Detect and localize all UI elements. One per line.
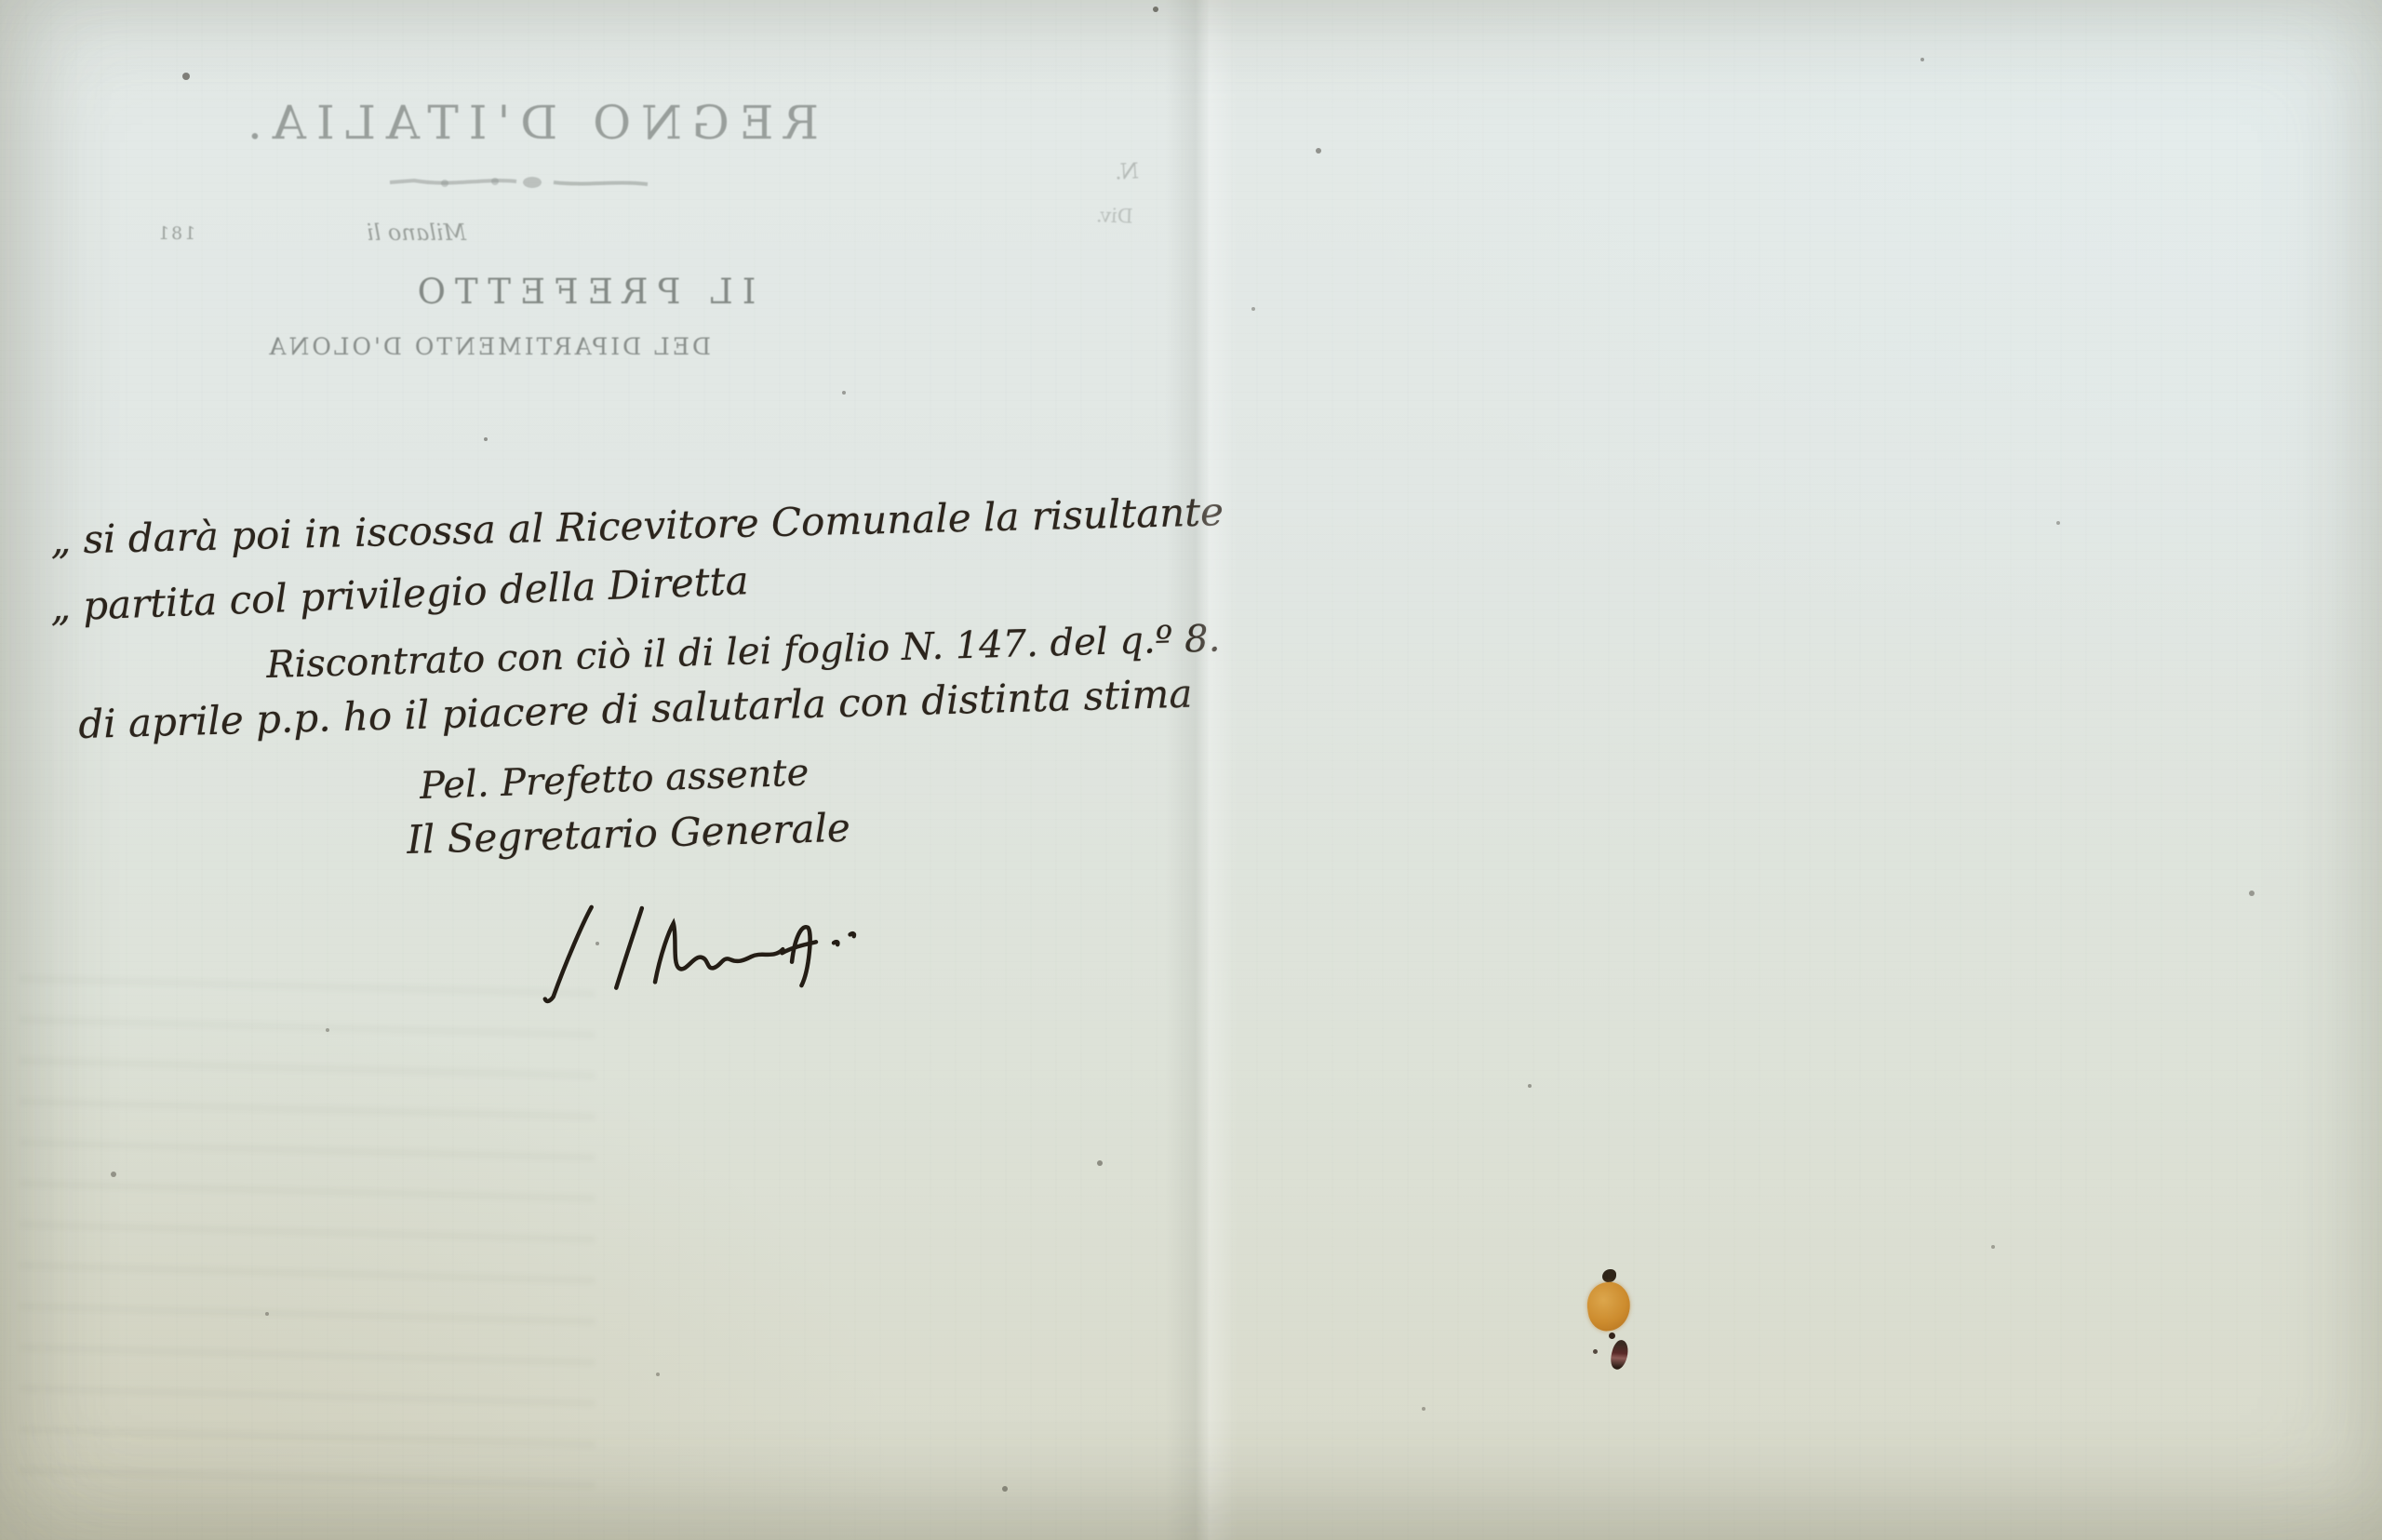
- handwritten-line: di aprile p.p. ho il piacere di salutarl…: [78, 671, 1193, 747]
- signature-flourish: [535, 882, 893, 1008]
- handwritten-line: Pel. Prefetto assente: [419, 751, 810, 808]
- ink-stain-speck: [1609, 1332, 1615, 1339]
- handwritten-message: „ si darà poi in iscossa al Ricevitore C…: [0, 0, 2382, 1540]
- handwritten-line: Il Segretario Generale: [407, 805, 851, 863]
- scanned-letter-page: REGNO D'ITALIA. 181 Milano li IL PREFETT…: [0, 0, 2382, 1540]
- ink-stain-speck: [1593, 1349, 1598, 1354]
- handwritten-line: „ partita col privilegio della Diretta: [49, 557, 749, 630]
- handwritten-line: „ si darà poi in iscossa al Ricevitore C…: [50, 489, 1224, 563]
